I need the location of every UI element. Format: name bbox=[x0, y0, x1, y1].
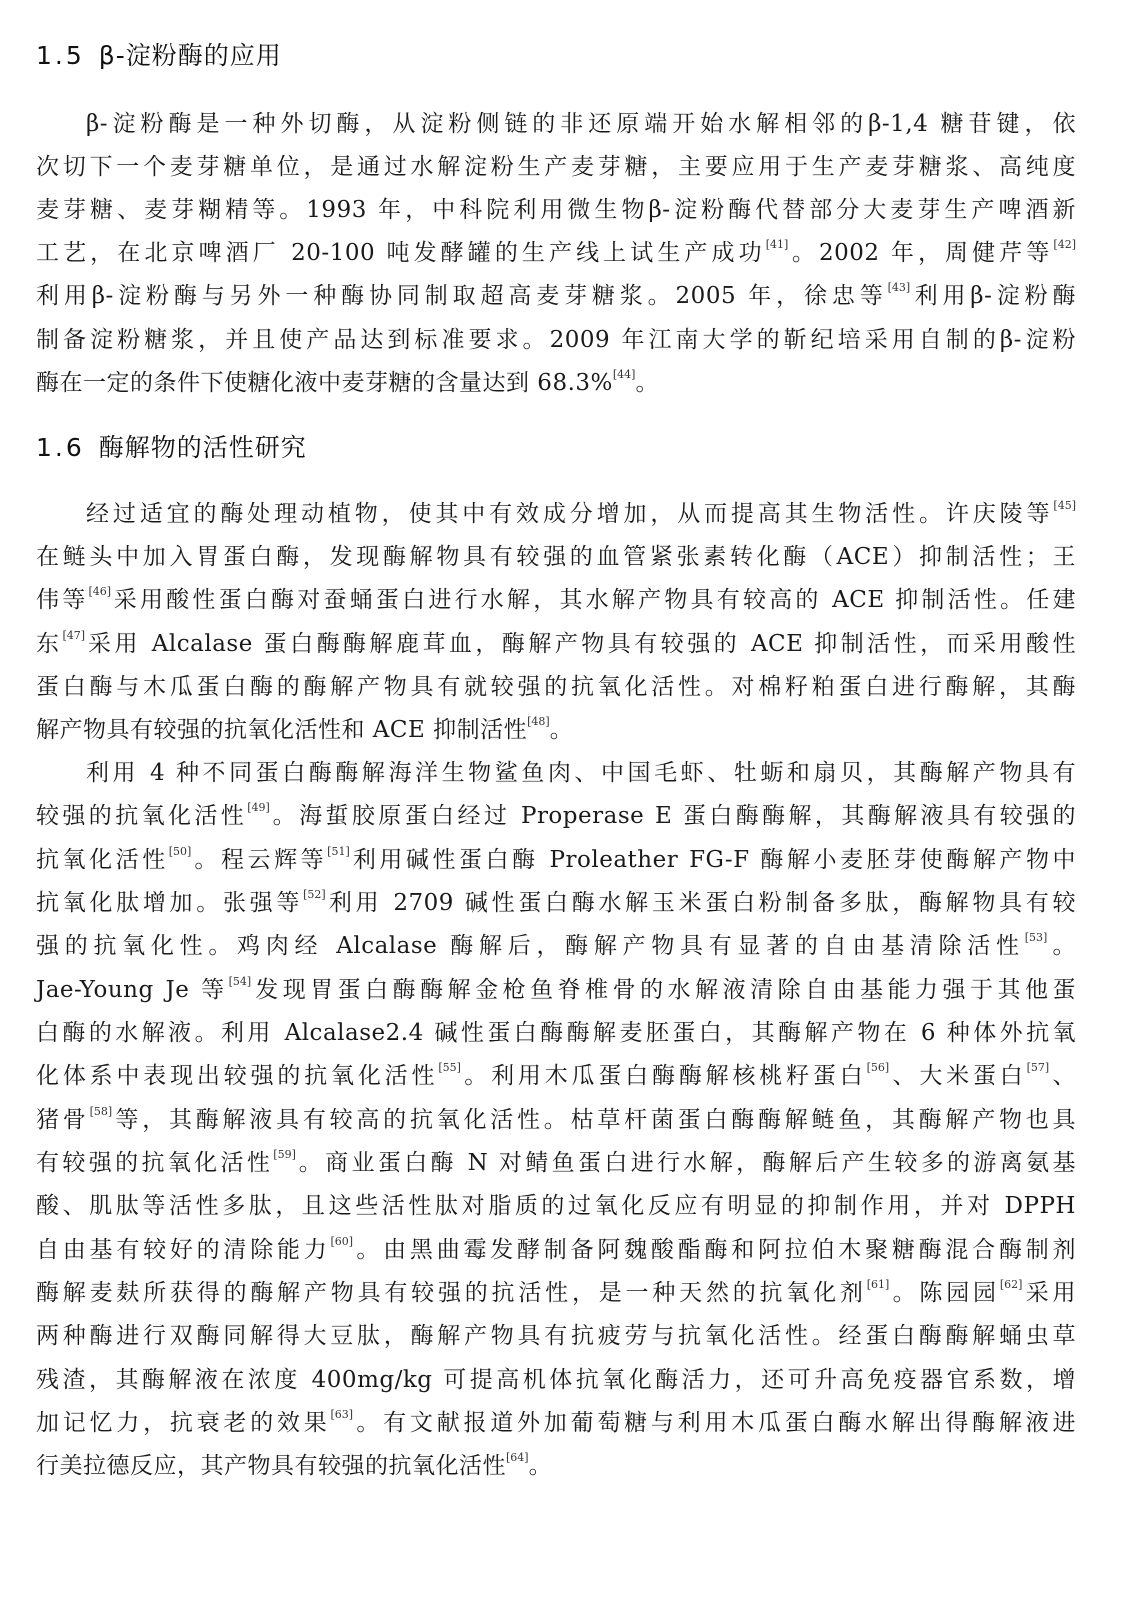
citation: [57] bbox=[1027, 1061, 1050, 1074]
citation: [59] bbox=[273, 1148, 296, 1161]
paragraph-line: 强的抗氧化性。鸡肉经 Alcalase 酶解后，酶解产物具有显著的自由基清除活性… bbox=[36, 926, 1076, 966]
section-title: β-淀粉酶的应用 bbox=[99, 41, 282, 70]
section-heading-1-5: 1.5β-淀粉酶的应用 bbox=[36, 36, 282, 72]
paragraph-line: 酸、肌肽等活性多肽，且这些活性肽对脂质的过氧化反应有明显的抑制作用，并对 DPP… bbox=[36, 1186, 1076, 1226]
citation: [54] bbox=[229, 975, 252, 988]
citation: [64] bbox=[506, 1451, 529, 1464]
paragraph-line: 抗氧化活性[50]。程云辉等[51]利用碱性蛋白酶 Proleather FG-… bbox=[36, 840, 1076, 880]
section-number: 1.6 bbox=[36, 433, 85, 462]
citation: [50] bbox=[169, 845, 192, 858]
section-title: 酶解物的活性研究 bbox=[99, 433, 307, 462]
paragraph-line: 蛋白酶与木瓜蛋白酶的酶解产物具有就较强的抗氧化活性。对棉籽粕蛋白进行酶解，其酶 bbox=[36, 667, 1076, 707]
paragraph-line: 较强的抗氧化活性[49]。海蜇胶原蛋白经过 Properase E 蛋白酶酶解，… bbox=[36, 796, 1076, 836]
paragraph-line: 利用 4 种不同蛋白酶酶解海洋生物鲨鱼肉、中国毛虾、牡蛎和扇贝，其酶解产物具有 bbox=[86, 753, 1076, 793]
paragraph-line: 次切下一个麦芽糖单位，是通过水解淀粉生产麦芽糖，主要应用于生产麦芽糖浆、高纯度 bbox=[36, 147, 1076, 187]
paragraph-line: 工艺，在北京啤酒厂 20-100 吨发酵罐的生产线上试生产成功[41]。2002… bbox=[36, 233, 1076, 273]
citation: [48] bbox=[527, 715, 550, 728]
citation: [60] bbox=[331, 1235, 354, 1248]
paragraph-line: 酶在一定的条件下使糖化液中麦芽糖的含量达到 68.3%[44]。 bbox=[36, 363, 1076, 403]
paragraph-line: 白酶的水解液。利用 Alcalase2.4 碱性蛋白酶酶解麦胚蛋白，其酶解产物在… bbox=[36, 1013, 1076, 1053]
paragraph-line: 有较强的抗氧化活性[59]。商业蛋白酶 N 对鲭鱼蛋白进行水解，酶解后产生较多的… bbox=[36, 1143, 1076, 1183]
citation: [63] bbox=[331, 1408, 354, 1421]
paragraph-line: 麦芽糖、麦芽糊精等。1993 年，中科院利用微生物β-淀粉酶代替部分大麦芽生产啤… bbox=[36, 190, 1076, 230]
document-page: 1.5β-淀粉酶的应用 β-淀粉酶是一种外切酶，从淀粉侧链的非还原端开始水解相邻… bbox=[0, 0, 1132, 1600]
paragraph-line: 在鲢头中加入胃蛋白酶，发现酶解物具有较强的血管紧张素转化酶（ACE）抑制活性；王 bbox=[36, 537, 1076, 577]
paragraph-line: 残渣，其酶解液在浓度 400mg/kg 可提高机体抗氧化酶活力，还可升高免疫器官… bbox=[36, 1360, 1076, 1400]
citation: [58] bbox=[90, 1105, 113, 1118]
citation: [52] bbox=[303, 888, 326, 901]
citation: [42] bbox=[1053, 238, 1076, 251]
citation: [47] bbox=[62, 629, 85, 642]
citation: [46] bbox=[88, 585, 111, 598]
citation: [53] bbox=[1025, 931, 1048, 944]
paragraph-line: 经过适宜的酶处理动植物，使其中有效成分增加，从而提高其生物活性。许庆陵等[45] bbox=[86, 494, 1076, 534]
paragraph-line: 加记忆力，抗衰老的效果[63]。有文献报道外加葡萄糖与利用木瓜蛋白酶水解出得酶解… bbox=[36, 1403, 1076, 1443]
section-heading-1-6: 1.6酶解物的活性研究 bbox=[36, 428, 307, 464]
paragraph-line: 制备淀粉糖浆，并且使产品达到标准要求。2009 年江南大学的靳纪培采用自制的β-… bbox=[36, 320, 1076, 360]
citation: [43] bbox=[888, 281, 911, 294]
paragraph-line: 利用β-淀粉酶与另外一种酶协同制取超高麦芽糖浆。2005 年，徐忠等[43]利用… bbox=[36, 276, 1076, 316]
citation: [45] bbox=[1053, 499, 1076, 512]
citation: [51] bbox=[327, 845, 350, 858]
citation: [41] bbox=[766, 238, 789, 251]
paragraph-line: Jae-Young Je 等[54]发现胃蛋白酶酶解金枪鱼脊椎骨的水解液清除自由… bbox=[36, 970, 1076, 1010]
paragraph-line: 行美拉德反应，其产物具有较强的抗氧化活性[64]。 bbox=[36, 1446, 1076, 1486]
citation: [62] bbox=[1000, 1278, 1023, 1291]
paragraph-line: 化体系中表现出较强的抗氧化活性[55]。利用木瓜蛋白酶酶解核桃籽蛋白[56]、大… bbox=[36, 1056, 1076, 1096]
citation: [49] bbox=[247, 801, 270, 814]
citation: [61] bbox=[867, 1278, 890, 1291]
paragraph-line: 解产物具有较强的抗氧化活性和 ACE 抑制活性[48]。 bbox=[36, 710, 1076, 750]
paragraph-line: 猪骨[58]等，其酶解液具有较高的抗氧化活性。枯草杆菌蛋白酶酶解鲢鱼，其酶解产物… bbox=[36, 1100, 1076, 1140]
citation: [55] bbox=[438, 1061, 461, 1074]
citation: [56] bbox=[867, 1061, 890, 1074]
paragraph-line: β-淀粉酶是一种外切酶，从淀粉侧链的非还原端开始水解相邻的β-1,4 糖苷键，依 bbox=[86, 104, 1076, 144]
paragraph-line: 自由基有较好的清除能力[60]。由黑曲霉发酵制备阿魏酸酯酶和阿拉伯木聚糖酶混合酶… bbox=[36, 1230, 1076, 1270]
paragraph-line: 酶解麦麸所获得的酶解产物具有较强的抗活性，是一种天然的抗氧化剂[61]。陈园园[… bbox=[36, 1273, 1076, 1313]
paragraph-line: 两种酶进行双酶同解得大豆肽，酶解产物具有抗疲劳与抗氧化活性。经蛋白酶酶解蛹虫草 bbox=[36, 1316, 1076, 1356]
paragraph-line: 抗氧化肽增加。张强等[52]利用 2709 碱性蛋白酶水解玉米蛋白粉制备多肽，酶… bbox=[36, 883, 1076, 923]
paragraph-line: 伟等[46]采用酸性蛋白酶对蚕蛹蛋白进行水解，其水解产物具有较高的 ACE 抑制… bbox=[36, 580, 1076, 620]
citation: [44] bbox=[613, 368, 636, 381]
section-number: 1.5 bbox=[36, 41, 85, 70]
paragraph-line: 东[47]采用 Alcalase 蛋白酶酶解鹿茸血，酶解产物具有较强的 ACE … bbox=[36, 624, 1076, 664]
